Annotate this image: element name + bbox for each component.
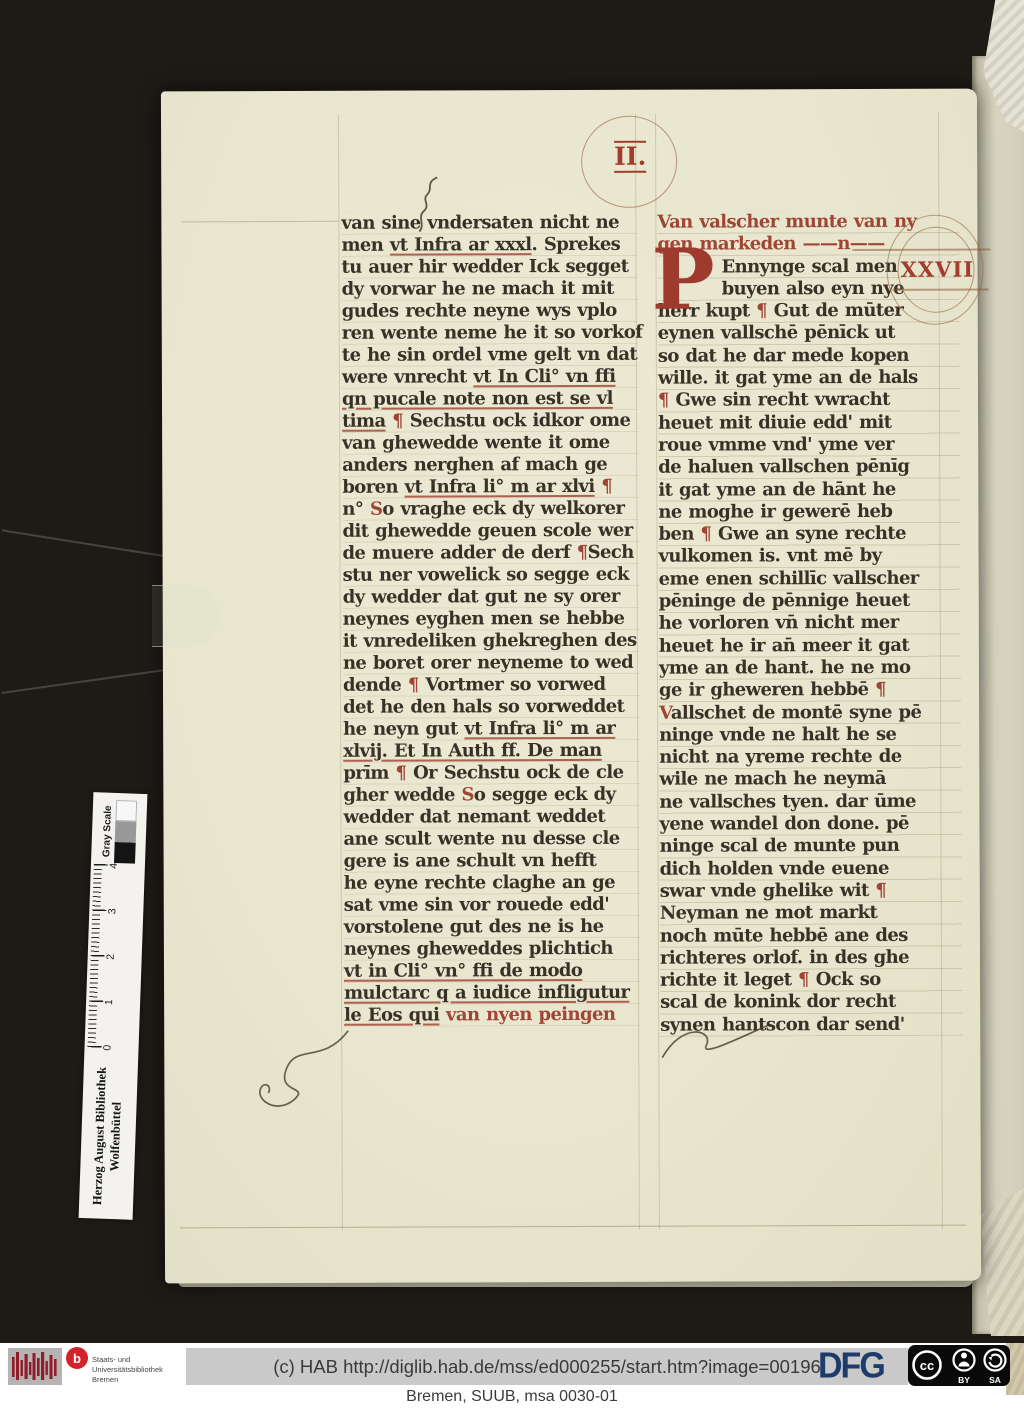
copyright-url-text: (c) HAB http://diglib.hab.de/mss/ed00025… <box>273 1356 821 1378</box>
manuscript-line: vt in Cli° vn° ffi de modo <box>344 960 640 983</box>
manuscript-line: anders nerghen af mach ge <box>342 454 638 477</box>
bremen-b-badge: b <box>66 1347 88 1369</box>
manuscript-line: yene wandel don done. pē <box>659 813 961 836</box>
gray-scale-label: Gray Scale <box>101 805 114 857</box>
ruling-line-horizontal <box>181 221 339 223</box>
manuscript-line: he vorloren vn̄ nicht mer <box>659 612 961 635</box>
manuscript-line: ¶ Gwe sin recht vwracht <box>658 389 960 412</box>
manuscript-line: noch mūte hebbē ane des <box>660 924 962 947</box>
bremen-label-line: Universitätsbibliothek <box>92 1365 163 1375</box>
bremen-library-label: Staats- undUniversitätsbibliothekBremen <box>92 1355 163 1385</box>
manuscript-line: boren vt Infra li° m ar xlvi ¶ <box>342 476 638 499</box>
page-holder-clip <box>152 585 219 647</box>
manuscript-line: swar vnde ghelike wit ¶ <box>660 880 962 903</box>
manuscript-line: it vnredeliken ghekreghen des <box>343 630 639 653</box>
gray-scale-boxes <box>114 800 137 864</box>
cc-icon: cc <box>914 1352 941 1379</box>
copyright-bar: (c) HAB http://diglib.hab.de/mss/ed00025… <box>186 1348 908 1385</box>
ruler-number: 2 <box>105 954 117 960</box>
text-column-right: Van valscher munte van nygen markeden ——… <box>657 211 962 1037</box>
bremen-label-line: Bremen <box>92 1375 163 1385</box>
light-reflection-line <box>2 668 173 694</box>
gray-scale-black-swatch <box>114 842 136 864</box>
ruling-line-horizontal <box>180 1225 966 1229</box>
ruler-number: 1 <box>103 999 115 1005</box>
manuscript-line: men vt Infra ar xxxl. Sprekes <box>341 234 637 257</box>
manuscript-line: xlvij. Et In Auth ff. De man <box>343 740 639 763</box>
ruler-number: 3 <box>106 908 118 914</box>
manuscript-page: II. van sine vndersaten nicht nemen vt I… <box>161 89 981 1284</box>
manuscript-line: stu ner vowelick so segge eck <box>343 564 639 587</box>
manuscript-line: qn pucale note non est se vl <box>342 388 638 411</box>
manuscript-line: he neyn gut vt Infra li° m ar <box>343 718 639 741</box>
initial-letter: P <box>651 237 714 321</box>
manuscript-line: te he sin ordel vme gelt vn dat <box>342 344 638 367</box>
manuscript-line: neynes eyghen men se hebbe <box>343 608 639 631</box>
manuscript-line: wille. it gat yme an de hals <box>658 367 960 390</box>
gray-scale: Gray Scale <box>101 797 137 867</box>
bremen-logo-icon <box>8 1348 62 1385</box>
manuscript-line: ne boret orer neyneme to wed <box>343 652 639 675</box>
ruler-strip-content: Herzog August Bibliothek Wolfenbüttel 01… <box>79 792 148 1220</box>
manuscript-line: Vallschet de montē syne pē <box>659 701 961 724</box>
manuscript-line: dende ¶ Vortmer so vorwed <box>343 674 639 697</box>
cc-license-badge: cc BY SA <box>908 1345 1010 1386</box>
manuscript-line: heuet mit diuie edd' mit <box>658 411 960 434</box>
svg-text:BY: BY <box>958 1375 970 1385</box>
manuscript-line: ninge vnde ne halt he se <box>659 723 961 746</box>
text-column-left: van sine vndersaten nicht nemen vt Infra… <box>341 212 640 1027</box>
footer-bar: b Staats- undUniversitätsbibliothekBreme… <box>0 1343 1024 1409</box>
manuscript-line: tima ¶ Sechstu ock idkor ome <box>342 410 638 433</box>
ruler-number: 4 <box>108 863 120 869</box>
manuscript-line: de haluen vallschen pēnīg <box>658 456 960 479</box>
manuscript-line: ane scult wente nu desse cle <box>343 828 639 851</box>
manuscript-line: yme an de hant. he ne mo <box>659 657 961 680</box>
bremen-b-letter: b <box>73 1351 81 1366</box>
page-number-roman: II. <box>614 141 646 173</box>
manuscript-line: roue vmme vnd' yme ver <box>658 434 960 457</box>
manuscript-line: van sine vndersaten nicht ne <box>341 212 637 235</box>
digitized-manuscript-photo: II. van sine vndersaten nicht nemen vt I… <box>0 0 1024 1409</box>
svg-text:SA: SA <box>989 1375 1001 1385</box>
manuscript-line: nicht na yreme rechte de <box>659 746 961 769</box>
manuscript-line: dy vorwar he ne mach it mit <box>342 278 638 301</box>
bremen-label-line: Staats- und <box>92 1355 163 1365</box>
cc-sa-icon: SA <box>985 1350 1006 1386</box>
manuscript-line: dit ghewedde geuen scole wer <box>342 520 638 543</box>
manuscript-line: sat vme sin vor rouede edd' <box>344 894 640 917</box>
manuscript-line: wile ne mach he neymā <box>659 768 961 791</box>
manuscript-line: ren wente neme he it so vorkof <box>342 322 638 345</box>
manuscript-line: ne vallsches tyen. dar ūme <box>659 790 961 813</box>
manuscript-line: n° So vraghe eck dy welkorer <box>342 498 638 521</box>
manuscript-line: richteres orlof. in des ghe <box>660 946 962 969</box>
flourish-icon <box>250 1027 358 1115</box>
gray-scale-gray-swatch <box>115 821 137 843</box>
ruler-number: 0 <box>101 1045 113 1051</box>
manuscript-line: scal de konink dor recht <box>660 991 962 1014</box>
manuscript-line: tu auer hir wedder Ick segget <box>342 256 638 279</box>
light-reflection-line <box>2 529 170 558</box>
manuscript-line: dy wedder dat gut ne sy orer <box>343 586 639 609</box>
manuscript-line: ge ir gheweren hebbē ¶ <box>659 679 961 702</box>
manuscript-line: vorstolene gut des ne is he <box>344 916 640 939</box>
library-label: Herzog August Bibliothek Wolfenbüttel <box>90 1057 127 1215</box>
manuscript-line: pēninge de pēnnige heuet <box>659 590 961 613</box>
cm-ruler: 01234 <box>84 871 144 1052</box>
manuscript-line: gudes rechte neyne wys vplo <box>342 300 638 323</box>
manuscript-line: eme enen schillīc vallscher <box>659 567 961 590</box>
folio-number-roman: XXVII <box>901 257 975 282</box>
manuscript-line: gher wedde So segge eck dy <box>343 784 639 807</box>
manuscript-line: ne moghe ir gewerē heb <box>658 500 960 523</box>
manuscript-line: so dat he dar mede kopen <box>658 344 960 367</box>
manuscript-line: prīm ¶ Or Sechstu ock de cle <box>343 762 639 785</box>
manuscript-line: Neyman ne mot markt <box>660 902 962 925</box>
manuscript-line: de muere adder de derf ¶Sech <box>342 542 638 565</box>
manuscript-line: richte it leget ¶ Ock so <box>660 969 962 992</box>
manuscript-line: van ghewedde wente it ome <box>342 432 638 455</box>
manuscript-line: vulkomen is. vnt mē by <box>659 545 961 568</box>
dfg-logo: DFG <box>818 1346 884 1387</box>
flourish-icon <box>656 1015 774 1071</box>
manuscript-line: ben ¶ Gwe an syne rechte <box>658 523 960 546</box>
manuscript-line: ninge scal de munte pun <box>660 835 962 858</box>
cc-by-icon: BY <box>954 1350 975 1386</box>
manuscript-line: he eyne rechte claghe an ge <box>344 872 640 895</box>
color-ruler-strip: Herzog August Bibliothek Wolfenbüttel 01… <box>79 791 148 1221</box>
manuscript-line: dich holden vnde euene <box>660 857 962 880</box>
svg-text:cc: cc <box>920 1358 934 1373</box>
page-number-stamp: II. <box>581 116 677 208</box>
manuscript-line: neynes gheweddes plichtich <box>344 938 640 961</box>
manuscript-line: gere is ane schult vn hefft <box>344 850 640 873</box>
manuscript-line: heuet he ir an̄ meer it gat <box>659 634 961 657</box>
gray-scale-white-swatch <box>115 800 137 822</box>
folio-number-stamp: XXVII <box>886 215 983 325</box>
manuscript-line: le Eos qui van nyen peingen <box>344 1004 640 1027</box>
manuscript-line: wedder dat nemant weddet <box>343 806 639 829</box>
manuscript-line: det he den hals so vorweddet <box>343 696 639 719</box>
manuscript-line: it gat yme an de hānt he <box>658 478 960 501</box>
manuscript-line: mulctarc q a iudice infligutur <box>344 982 640 1005</box>
manuscript-line: were vnrecht vt In Cli° vn ffi <box>342 366 638 389</box>
shelfmark-text: Bremen, SUUB, msa 0030-01 <box>0 1388 1024 1406</box>
